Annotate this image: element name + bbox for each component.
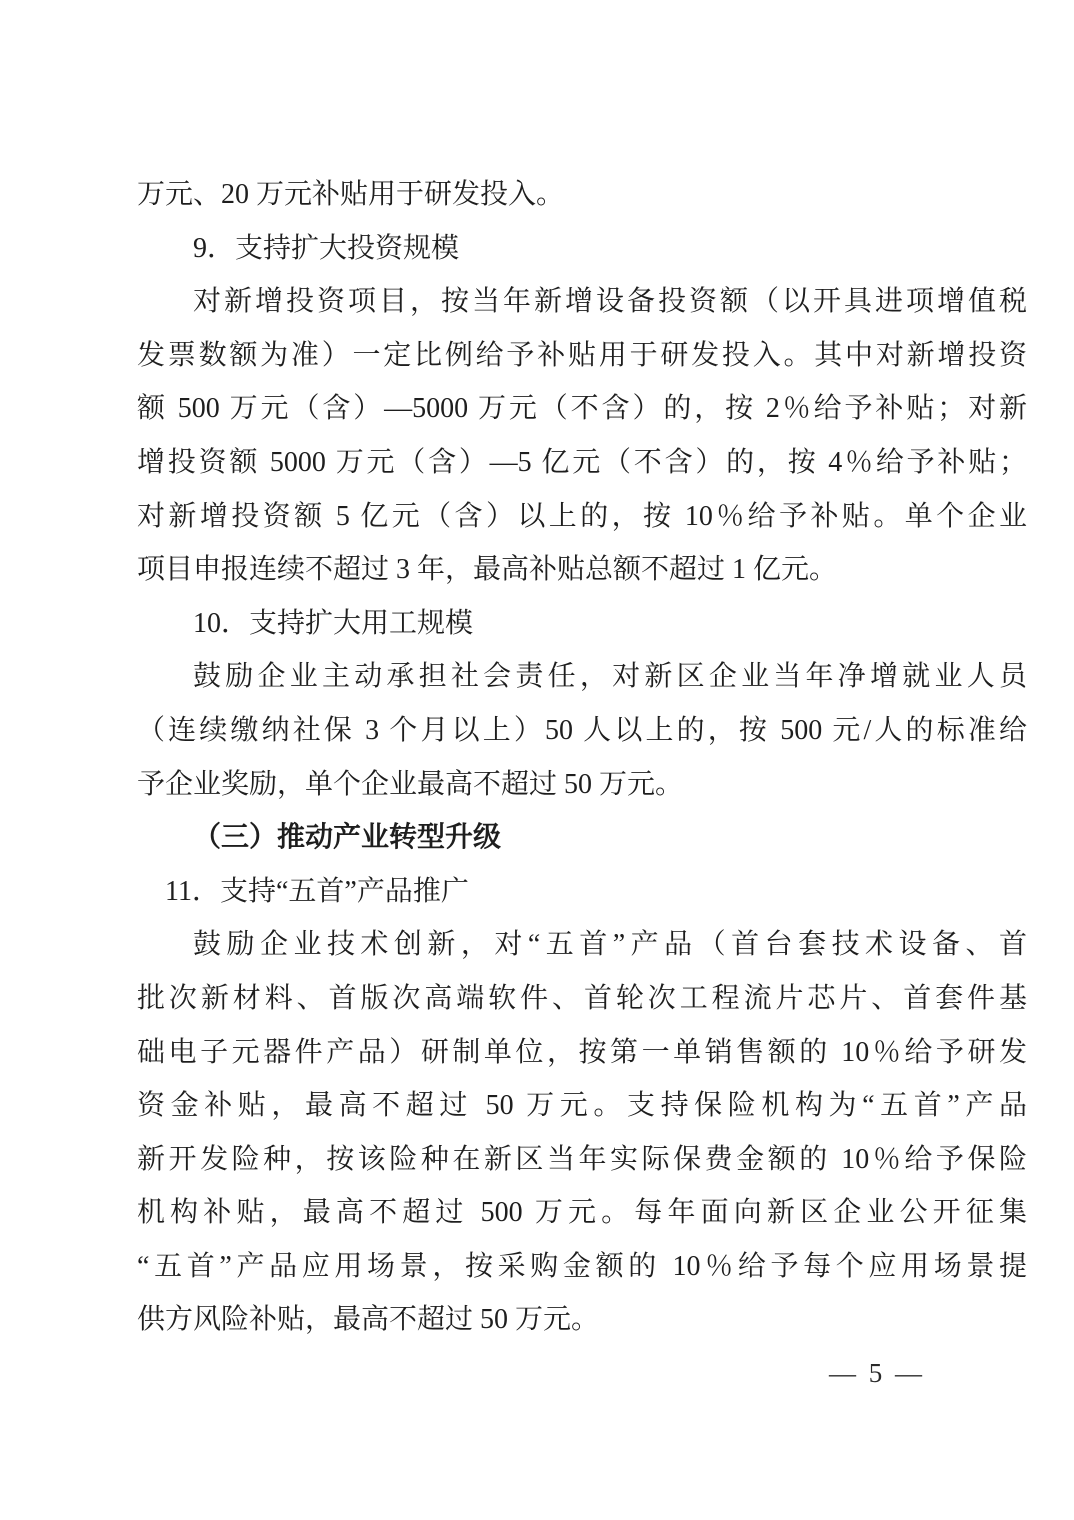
clause-heading: 10．支持扩大用工规模 xyxy=(137,597,1027,651)
text-line: 资金补贴，最高不超过 50 万元。支持保险机构为“五首”产品 xyxy=(137,1079,1027,1133)
text-line: 额 500 万元（含）—5000 万元（不含）的，按 2％给予补贴；对新 xyxy=(137,382,1027,436)
document-body: 万元、20 万元补贴用于研发投入。9．支持扩大投资规模对新增投资项目，按当年新增… xyxy=(137,168,1027,1347)
text-line: 发票数额为准）一定比例给予补贴用于研发投入。其中对新增投资 xyxy=(137,329,1027,383)
text-line: 鼓励企业技术创新，对“五首”产品（首台套技术设备、首 xyxy=(137,918,1027,972)
text-line: 对新增投资项目，按当年新增设备投资额（以开具进项增值税 xyxy=(137,275,1027,329)
page-number: — 5 — xyxy=(829,1358,925,1388)
text-line: 机构补贴，最高不超过 500 万元。每年面向新区企业公开征集 xyxy=(137,1186,1027,1240)
text-line: 项目申报连续不超过 3 年，最高补贴总额不超过 1 亿元。 xyxy=(137,543,1027,597)
text-line: 新开发险种，按该险种在新区当年实际保费金额的 10％给予保险 xyxy=(137,1133,1027,1187)
text-line: 鼓励企业主动承担社会责任，对新区企业当年净增就业人员 xyxy=(137,650,1027,704)
text-line: “五首”产品应用场景，按采购金额的 10％给予每个应用场景提 xyxy=(137,1240,1027,1294)
clause-heading: 11．支持“五首”产品推广 xyxy=(137,865,1027,919)
text-line: 增投资额 5000 万元（含）—5 亿元（不含）的，按 4％给予补贴； xyxy=(137,436,1027,490)
text-line: 础电子元器件产品）研制单位，按第一单销售额的 10％给予研发 xyxy=(137,1026,1027,1080)
document-page: 万元、20 万元补贴用于研发投入。9．支持扩大投资规模对新增投资项目，按当年新增… xyxy=(0,0,1074,1520)
text-line: 对新增投资额 5 亿元（含）以上的，按 10％给予补贴。单个企业 xyxy=(137,490,1027,544)
text-line: （连续缴纳社保 3 个月以上）50 人以上的，按 500 元/人的标准给 xyxy=(137,704,1027,758)
text-line: 万元、20 万元补贴用于研发投入。 xyxy=(137,168,1027,222)
text-line: 批次新材料、首版次高端软件、首轮次工程流片芯片、首套件基 xyxy=(137,972,1027,1026)
section-heading: （三）推动产业转型升级 xyxy=(137,811,1027,865)
clause-heading: 9．支持扩大投资规模 xyxy=(137,222,1027,276)
text-line: 供方风险补贴，最高不超过 50 万元。 xyxy=(137,1293,1027,1347)
text-line: 予企业奖励，单个企业最高不超过 50 万元。 xyxy=(137,758,1027,812)
